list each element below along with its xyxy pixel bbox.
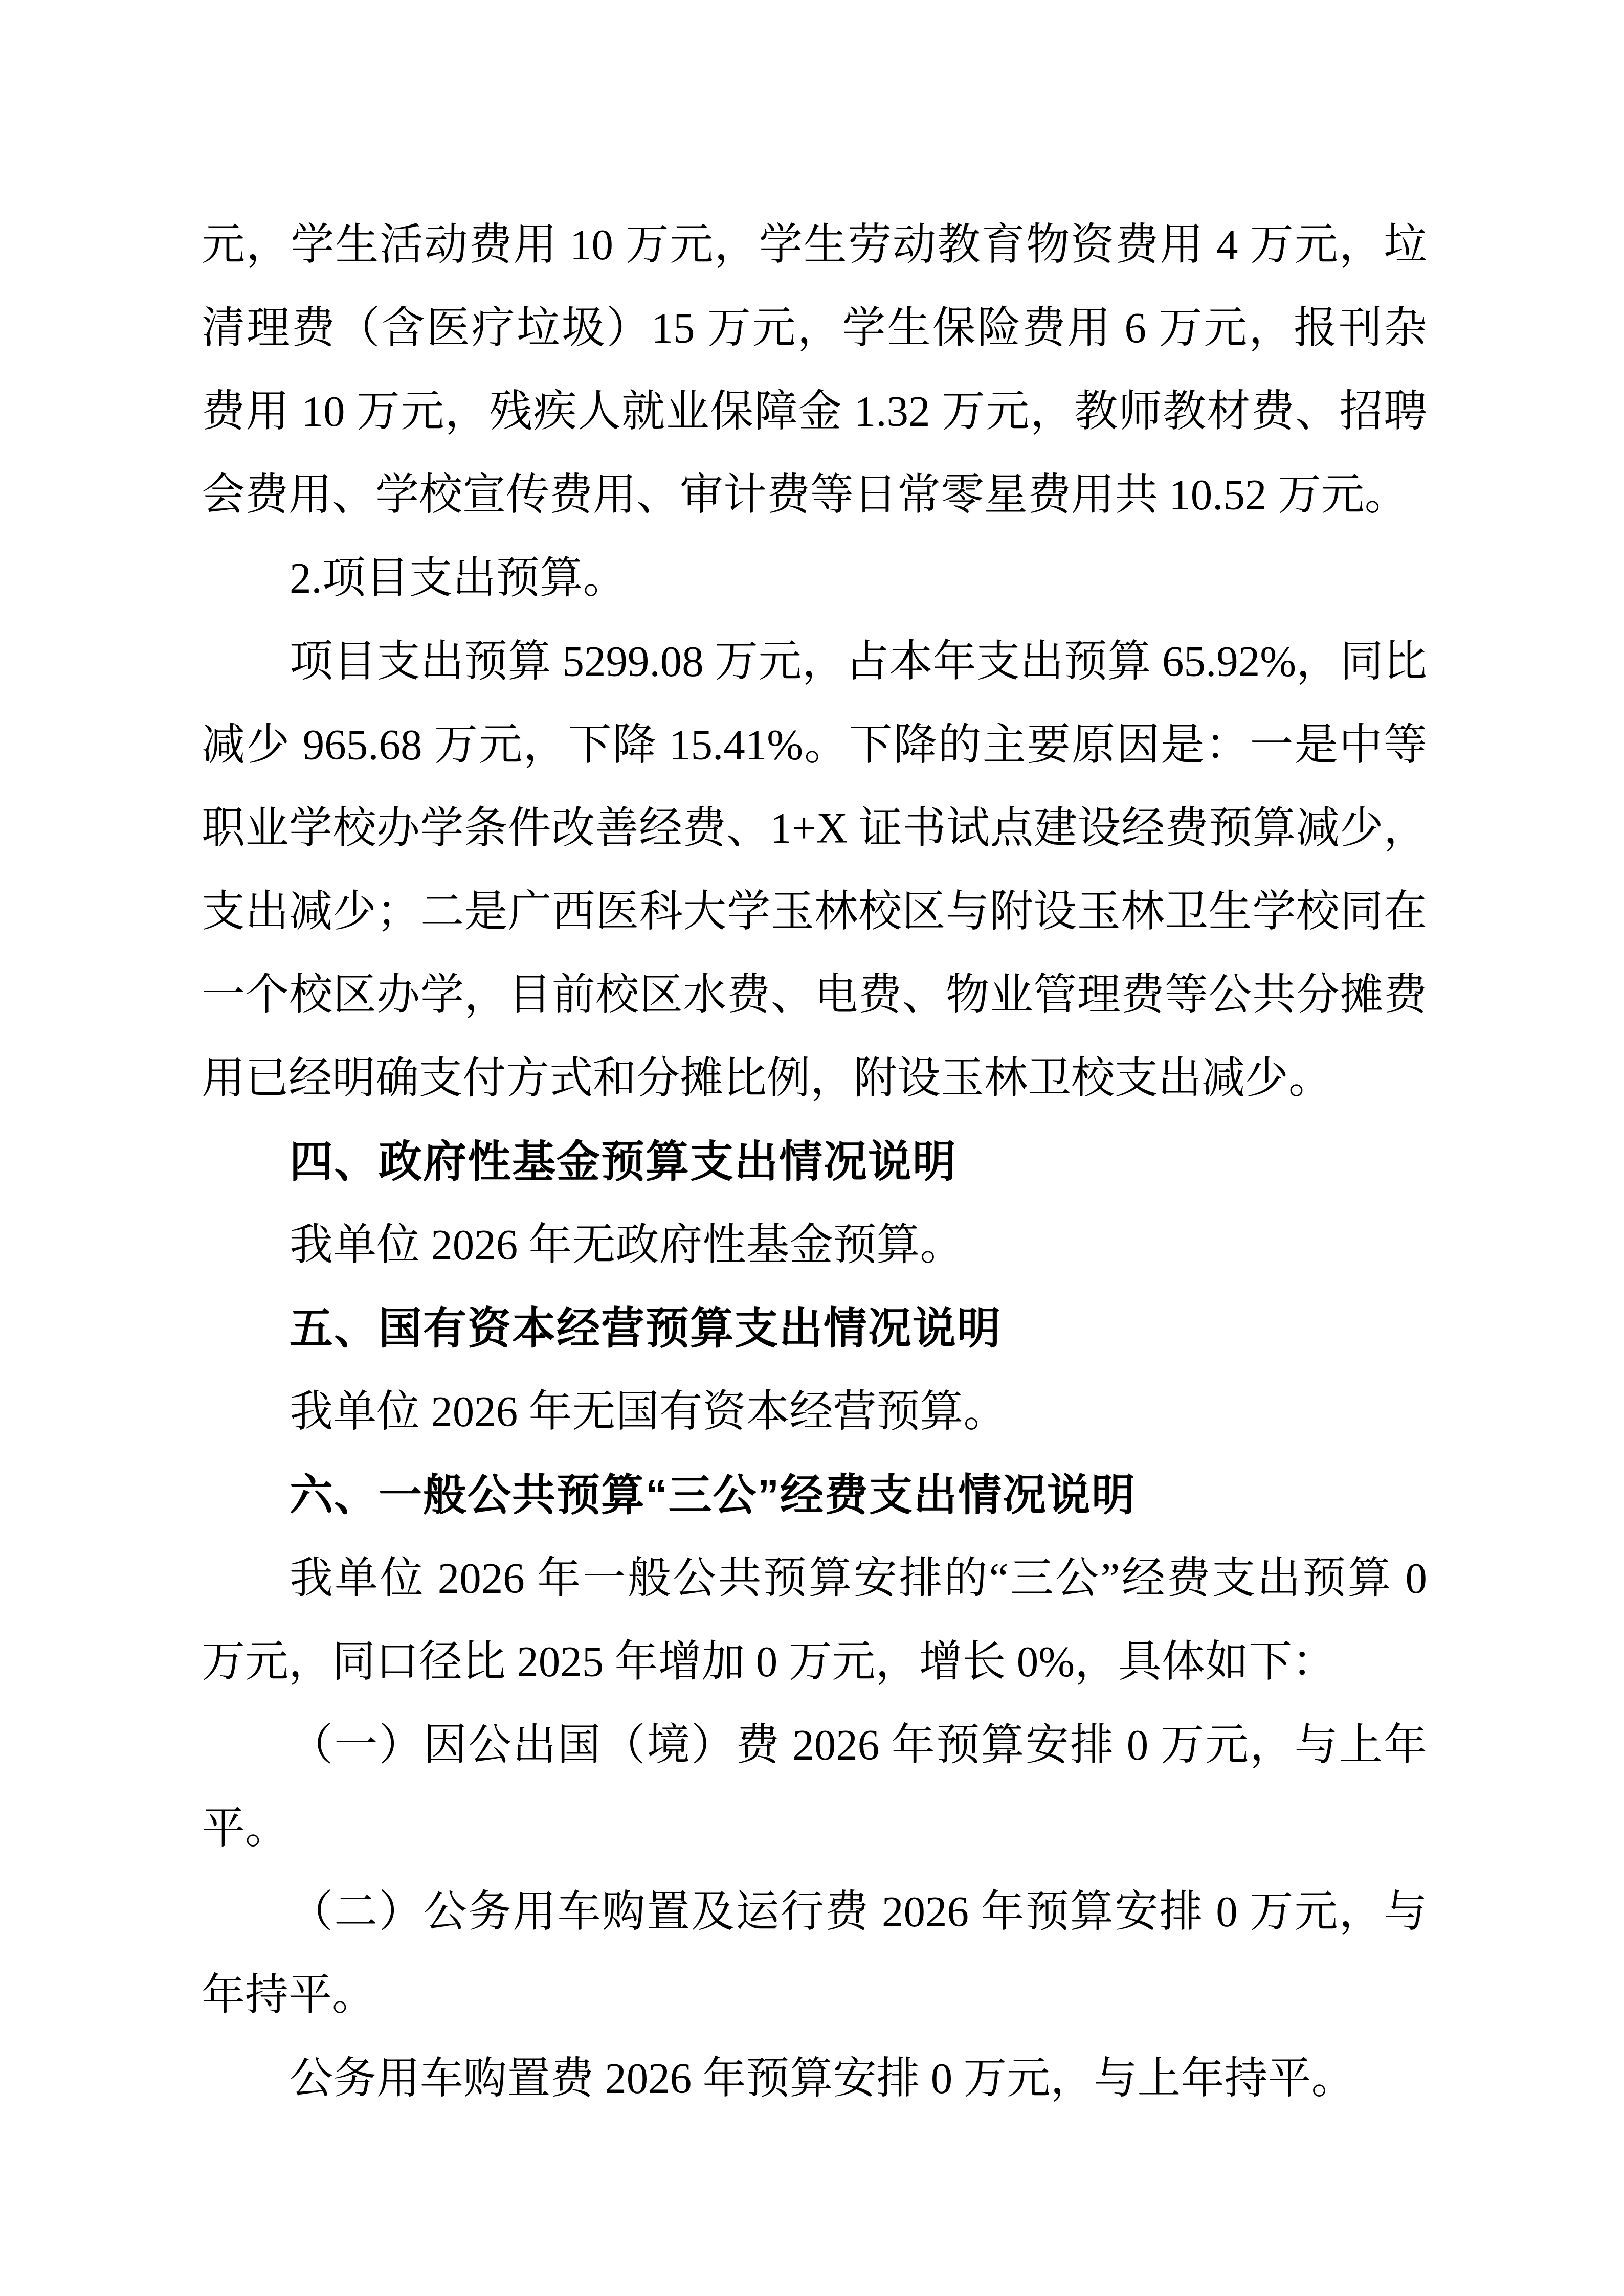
text-line: 公务用车购置费 2026 年预算安排 0 万元，与上年持平。 <box>202 2037 1427 2121</box>
text-line: 2.项目支出预算。 <box>202 537 1427 620</box>
text-line: 元，学生活动费用 10 万元，学生劳动教育物资费用 4 万元，垃圾 <box>202 204 1427 287</box>
document-page: 元，学生活动费用 10 万元，学生劳动教育物资费用 4 万元，垃圾 清理费（含医… <box>0 0 1624 2296</box>
section-heading-6: 六、一般公共预算“三公”经费支出情况说明 <box>202 1454 1427 1537</box>
text-line: 年持平。 <box>202 1954 1427 2037</box>
text-line: 我单位 2026 年无国有资本经营预算。 <box>202 1370 1427 1454</box>
text-line: 项目支出预算 5299.08 万元，占本年支出预算 65.92%，同比 <box>202 620 1427 704</box>
document-text-block: 元，学生活动费用 10 万元，学生劳动教育物资费用 4 万元，垃圾 清理费（含医… <box>202 204 1427 2121</box>
text-line: （一）因公出国（境）费 2026 年预算安排 0 万元，与上年持 <box>202 1704 1427 1787</box>
text-line: 清理费（含医疗垃圾）15 万元，学生保险费用 6 万元，报刊杂志 <box>202 287 1427 370</box>
text-line: 用已经明确支付方式和分摊比例，附设玉林卫校支出减少。 <box>202 1037 1427 1120</box>
text-line: （二）公务用车购置及运行费 2026 年预算安排 0 万元，与上 <box>202 1871 1427 1954</box>
section-heading-5: 五、国有资本经营预算支出情况说明 <box>202 1287 1427 1370</box>
text-line: 减少 965.68 万元，下降 15.41%。下降的主要原因是：一是中等 <box>202 704 1427 787</box>
text-line: 我单位 2026 年无政府性基金预算。 <box>202 1204 1427 1287</box>
text-line: 会费用、学校宣传费用、审计费等日常零星费用共 10.52 万元。 <box>202 454 1427 537</box>
text-line: 平。 <box>202 1787 1427 1871</box>
text-line: 万元，同口径比 2025 年增加 0 万元，增长 0%，具体如下： <box>202 1620 1427 1704</box>
text-line: 我单位 2026 年一般公共预算安排的“三公”经费支出预算 0 <box>202 1537 1427 1620</box>
text-line: 费用 10 万元，残疾人就业保障金 1.32 万元，教师教材费、招聘 <box>202 370 1427 454</box>
text-line: 支出减少；二是广西医科大学玉林校区与附设玉林卫生学校同在 <box>202 870 1427 954</box>
text-line: 职业学校办学条件改善经费、1+X 证书试点建设经费预算减少， <box>202 787 1427 870</box>
section-heading-4: 四、政府性基金预算支出情况说明 <box>202 1120 1427 1204</box>
text-line: 一个校区办学，目前校区水费、电费、物业管理费等公共分摊费 <box>202 954 1427 1037</box>
